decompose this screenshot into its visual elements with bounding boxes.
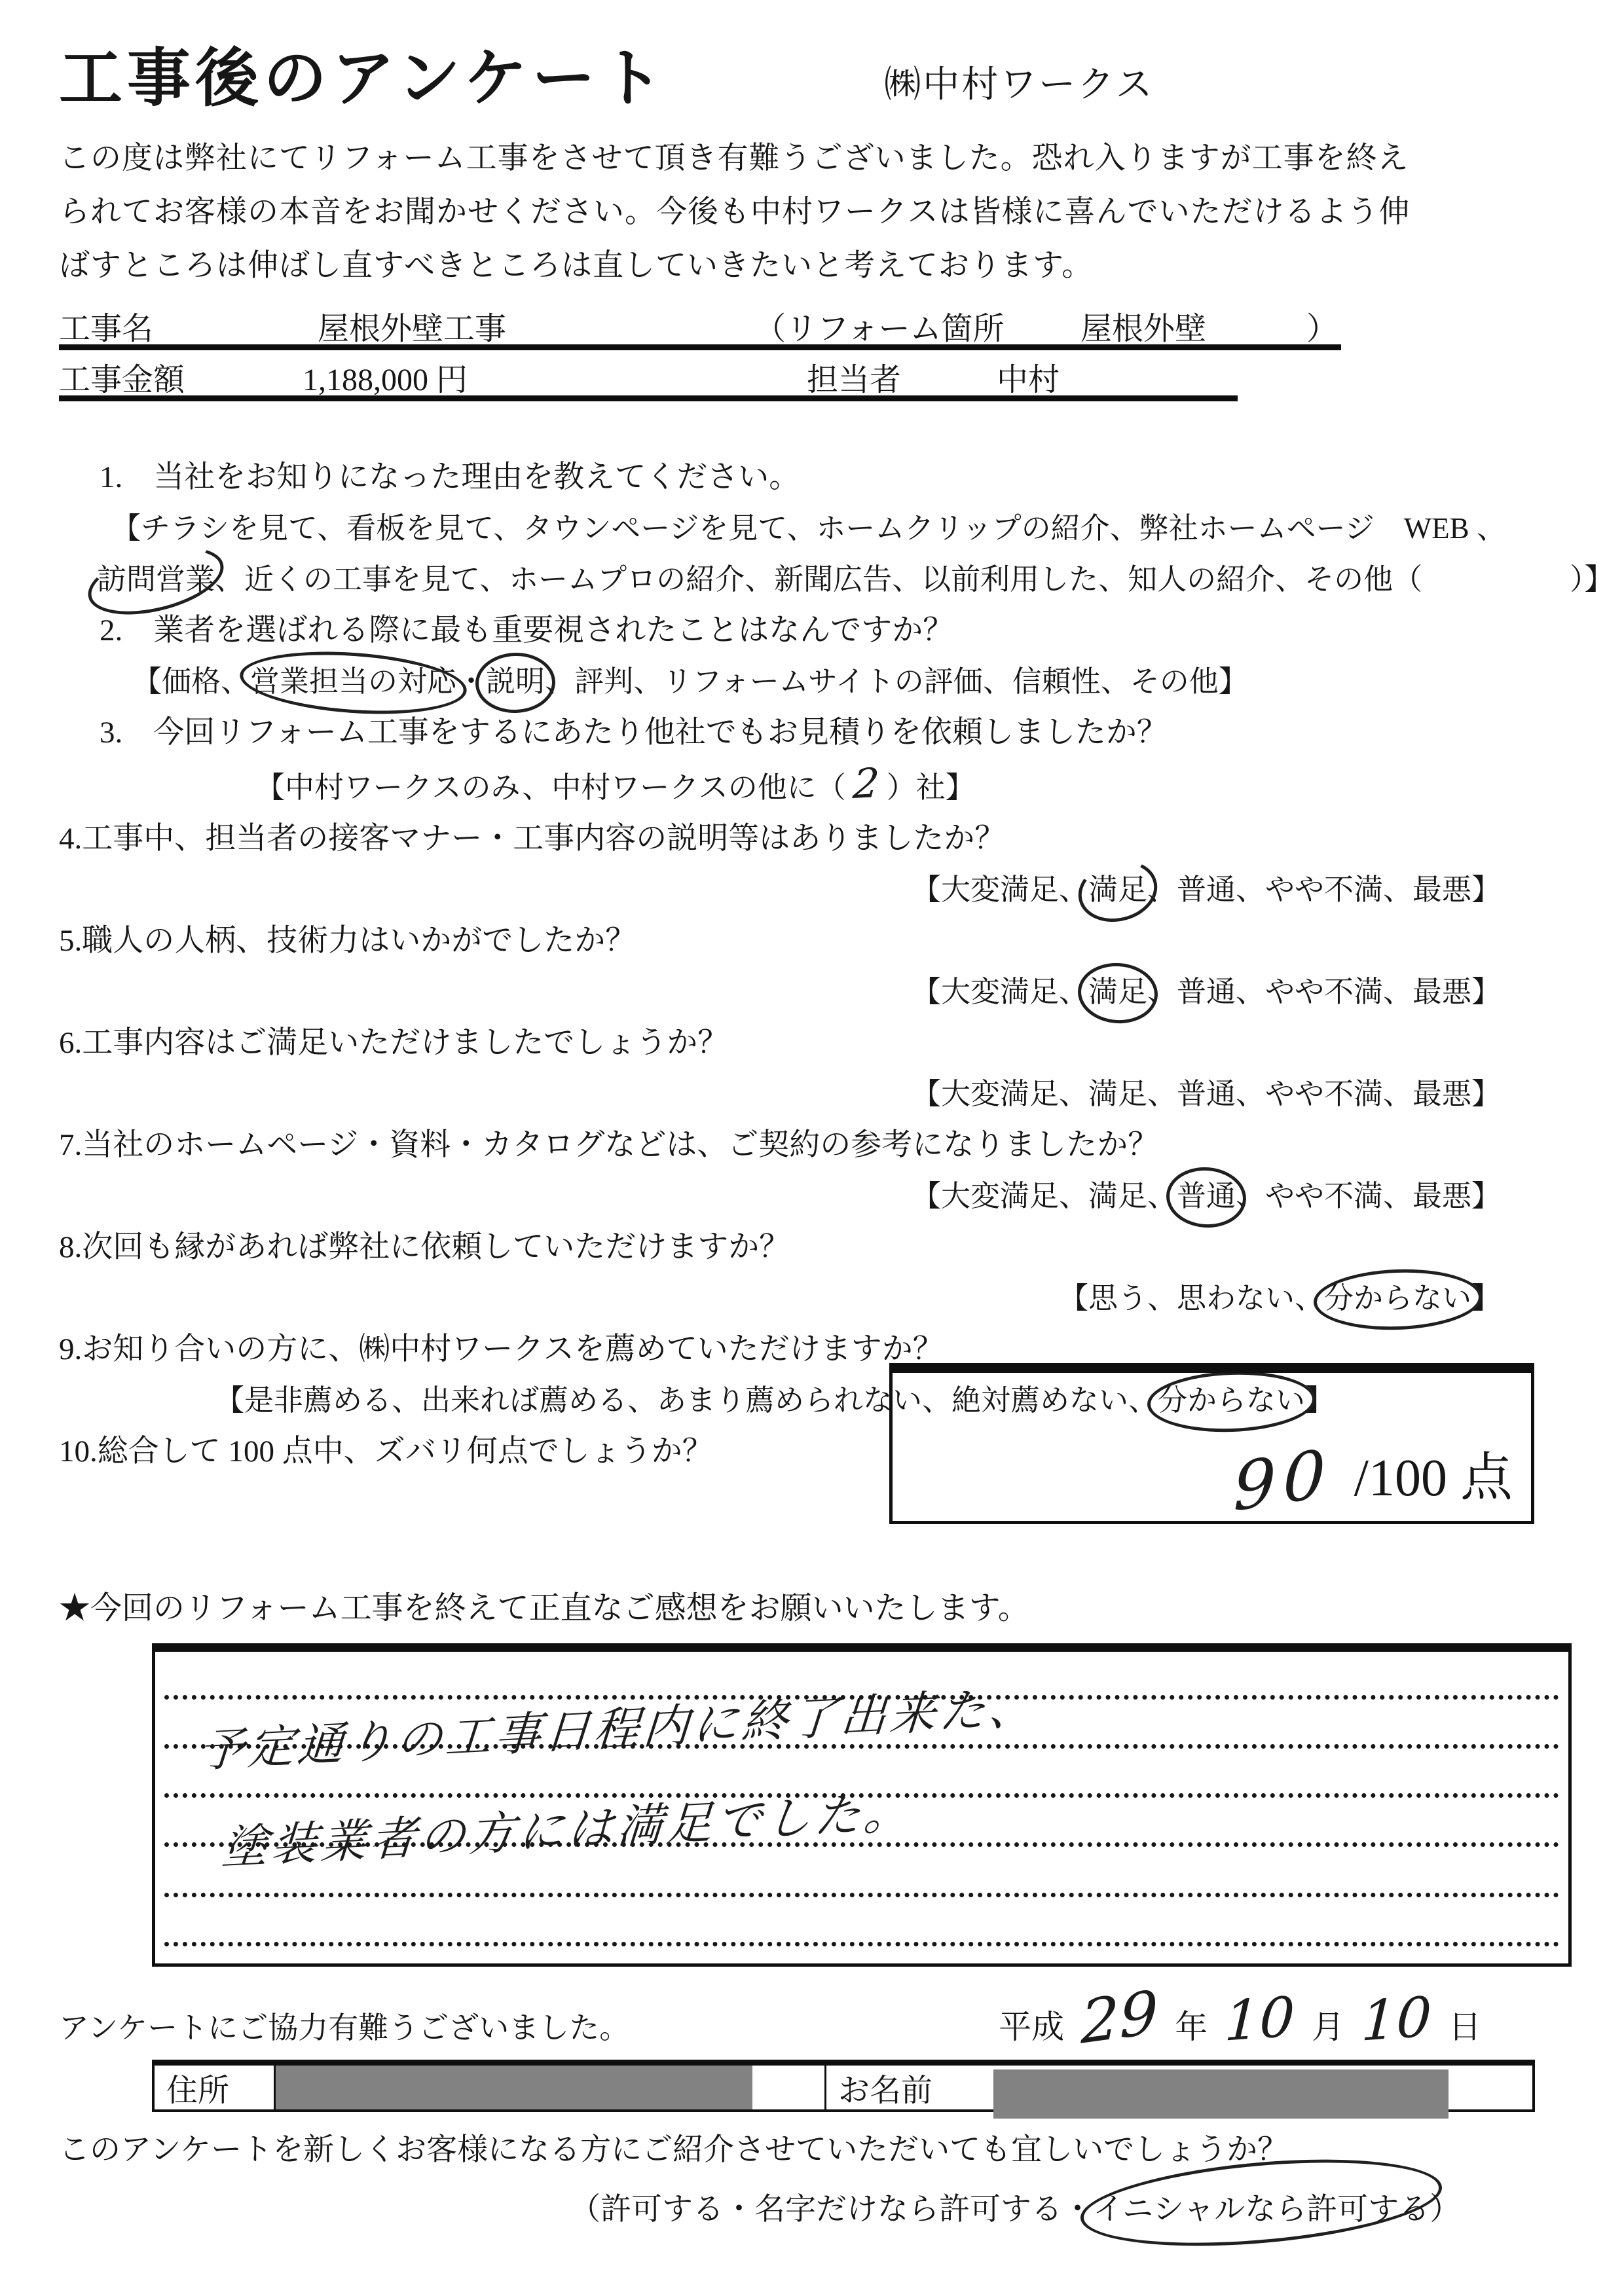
year-label: 年 [1175, 2001, 1208, 2048]
month-label: 月 [1312, 2001, 1344, 2048]
handwritten-year: 29 [1081, 2013, 1158, 2023]
question-5: 5.職人の人柄、技術力はいかがでしたか？ [59, 920, 1565, 962]
referral-options: （許可する・名字だけなら許可する・イニシャルなら許可する） [59, 2185, 1565, 2229]
question-4-options-post: 、普通、やや不満、最悪】 [1147, 873, 1501, 906]
thanks-row: アンケートにご協力有難うございました。 平成 29 年 10 月 10 日 [59, 2001, 1565, 2043]
date-group: 平成 29 年 10 月 10 日 [999, 2001, 1481, 2048]
comment-box: 予定通りの工事日程内に終了出来た、 塗装業者の方には満足でした。 [152, 1643, 1572, 1967]
document-header: 工事後のアンケート ㈱中村ワークス [59, 45, 1565, 115]
comment-prompt-text: ★今回のリフォーム工事を終えて正直なご感想をお願いいたします。 [59, 1591, 1029, 1626]
rule-line [59, 395, 1238, 401]
project-amount-row: 工事金額 1,188,000 円 担当者 中村 [59, 350, 1565, 401]
circled-answer-houmon-eigyo: 訪問営業 [97, 558, 215, 600]
question-4: 4.工事中、担当者の接客マナー・工事内容の説明等はありましたか？ [59, 818, 1565, 860]
address-label: 住所 [155, 2066, 276, 2109]
score-value: 90/100 点 [1234, 1435, 1513, 1520]
day-label: 日 [1449, 2001, 1481, 2048]
reform-area-label: （リフォーム箇所 [754, 303, 1005, 348]
circled-answer-q8-wakaranai: 分からない [1324, 1277, 1471, 1319]
circled-answer-q5-manzoku: 満足 [1088, 971, 1147, 1013]
question-3-options-post: ）社】 [879, 771, 975, 804]
question-2-options-post: 、評判、リフォームサイトの評価、信頼性、その他】 [545, 665, 1248, 698]
handwritten-comment-line1: 予定通りの工事日程内に終了出来た、 [196, 1670, 1041, 1780]
project-info-table: 工事名 屋根外壁工事 （リフォーム箇所 屋根外壁 ） 工事金額 1,188,00… [59, 299, 1565, 401]
writing-guide-line [164, 1942, 1559, 1946]
name-label: お名前 [826, 2066, 993, 2109]
question-5-options-pre: 【大変満足、 [912, 975, 1088, 1008]
staff-value: 中村 [997, 354, 1060, 399]
score-box: 90/100 点 [889, 1363, 1534, 1524]
intro-line: ばすところは伸ばし直すべきところは直していきたいと考えております。 [59, 239, 1565, 293]
handwritten-month: 10 [1225, 2016, 1295, 2021]
question-7: 7.当社のホームページ・資料・カタログなどは、ご契約の参考になりましたか？ [59, 1124, 1565, 1166]
intro-line: この度は弊社にてリフォーム工事をさせて頂き有難うございました。恐れ入りますが工事… [59, 132, 1565, 185]
question-4-options: 【大変満足、満足、普通、やや不満、最悪】 [59, 869, 1565, 911]
survey-document: 工事後のアンケート ㈱中村ワークス この度は弊社にてリフォーム工事をさせて頂き有… [0, 0, 1624, 2296]
handwritten-company-count: 2 [852, 762, 881, 805]
question-5-options-post: 、普通、やや不満、最悪】 [1147, 975, 1501, 1008]
handwritten-comment-line2: 塗装業者の方には満足でした。 [220, 1775, 915, 1877]
thanks-text: アンケートにご協力有難うございました。 [59, 2004, 629, 2047]
project-name-label: 工事名 [59, 303, 153, 348]
question-1-options-rest: 、近くの工事を見て、ホームプロの紹介、新聞広告、以前利用した、知人の紹介、その他… [215, 563, 1614, 596]
question-1: 1. 当社をお知りになった理由を教えてください。 [59, 456, 1565, 498]
era-label: 平成 [999, 2001, 1064, 2048]
cell-gap [1449, 2066, 1532, 2109]
question-3-options: 【中村ワークスのみ、中村ワークスの他に（ 2 ）社】 [59, 763, 1565, 809]
name-redaction [993, 2069, 1449, 2119]
score-suffix: /100 点 [1354, 1449, 1513, 1507]
question-7-options: 【大変満足、満足、普通、やや不満、最悪】 [59, 1175, 1565, 1217]
staff-label: 担当者 [807, 354, 901, 399]
handwritten-score: 90 [1233, 1434, 1333, 1527]
circled-answer-initial-ok: イニシャルなら許可する [1093, 2185, 1430, 2229]
question-5-options: 【大変満足、満足、普通、やや不満、最悪】 [59, 971, 1565, 1013]
address-redaction [276, 2066, 752, 2109]
question-8-options-pre: 【思う、思わない、 [1059, 1282, 1324, 1315]
amount-value: 1,188,000 円 [303, 354, 468, 399]
question-8-options: 【思う、思わない、分からない】 [59, 1277, 1565, 1319]
question-2: 2. 業者を選ばれる際に最も重要視されたことはなんですか？ [59, 610, 1565, 651]
company-name: ㈱中村ワークス [884, 56, 1154, 115]
writing-guide-line [164, 1893, 1559, 1897]
amount-label: 工事金額 [59, 354, 185, 399]
handwritten-day: 10 [1361, 2016, 1431, 2021]
intro-paragraph: この度は弊社にてリフォーム工事をさせて頂き有難うございました。恐れ入りますが工事… [59, 132, 1565, 293]
project-name-row: 工事名 屋根外壁工事 （リフォーム箇所 屋根外壁 ） [59, 299, 1565, 350]
comment-prompt: ★今回のリフォーム工事を終えて正直なご感想をお願いいたします。 [59, 1582, 1565, 1628]
question-3: 3. 今回リフォーム工事をするにあたり他社でもお見積りを依頼しましたか？ [59, 712, 1565, 754]
circled-answer-setsumei: 説明 [486, 661, 545, 702]
question-6-options: 【大変満足、満足、普通、やや不満、最悪】 [59, 1073, 1565, 1115]
question-7-options-post: 、やや不満、最悪】 [1236, 1180, 1501, 1212]
question-2-options: 【価格、営業担当の対応・説明、評判、リフォームサイトの評価、信頼性、その他】 [59, 661, 1565, 702]
rule-line [59, 344, 1341, 350]
circled-answer-q7-futsuu: 普通 [1177, 1175, 1236, 1217]
project-name-value: 屋根外壁工事 [318, 303, 506, 348]
page-title: 工事後のアンケート [59, 45, 668, 115]
question-6: 6.工事内容はご満足いただけましたでしょうか？ [59, 1022, 1565, 1064]
question-1-options-line2: 訪問営業、近くの工事を見て、ホームプロの紹介、新聞広告、以前利用した、知人の紹介… [59, 558, 1565, 600]
question-8: 8.次回も縁があれば弊社に依頼していただけますか？ [59, 1226, 1565, 1268]
reform-area-value: 屋根外壁 [1080, 303, 1206, 348]
questions-section: 1. 当社をお知りになった理由を教えてください。 【チラシを見て、看板を見て、タ… [59, 456, 1565, 1472]
question-7-options-pre: 【大変満足、満足、 [912, 1180, 1177, 1212]
reform-area-close: ） [1306, 303, 1338, 348]
referral-options-pre: （許可する・名字だけなら許可する・ [570, 2193, 1093, 2227]
address-name-table: 住所 お名前 [152, 2060, 1535, 2112]
question-4-options-pre: 【大変満足、 [912, 873, 1088, 906]
question-2-options-pre: 【価格、 [132, 665, 250, 698]
circled-answer-eigyo-taiou: 営業担当の対応 [250, 661, 456, 702]
cell-gap [752, 2066, 826, 2109]
circled-answer-q4-manzoku: 満足 [1088, 869, 1147, 911]
intro-line: られてお客様の本音をお聞かせください。今後も中村ワークスは皆様に喜んでいただける… [59, 185, 1565, 239]
question-1-options-line1: 【チラシを見て、看板を見て、タウンページを見て、ホームクリップの紹介、弊社ホーム… [59, 507, 1565, 549]
question-3-options-pre: 【中村ワークスのみ、中村ワークスの他に（ [255, 771, 853, 804]
